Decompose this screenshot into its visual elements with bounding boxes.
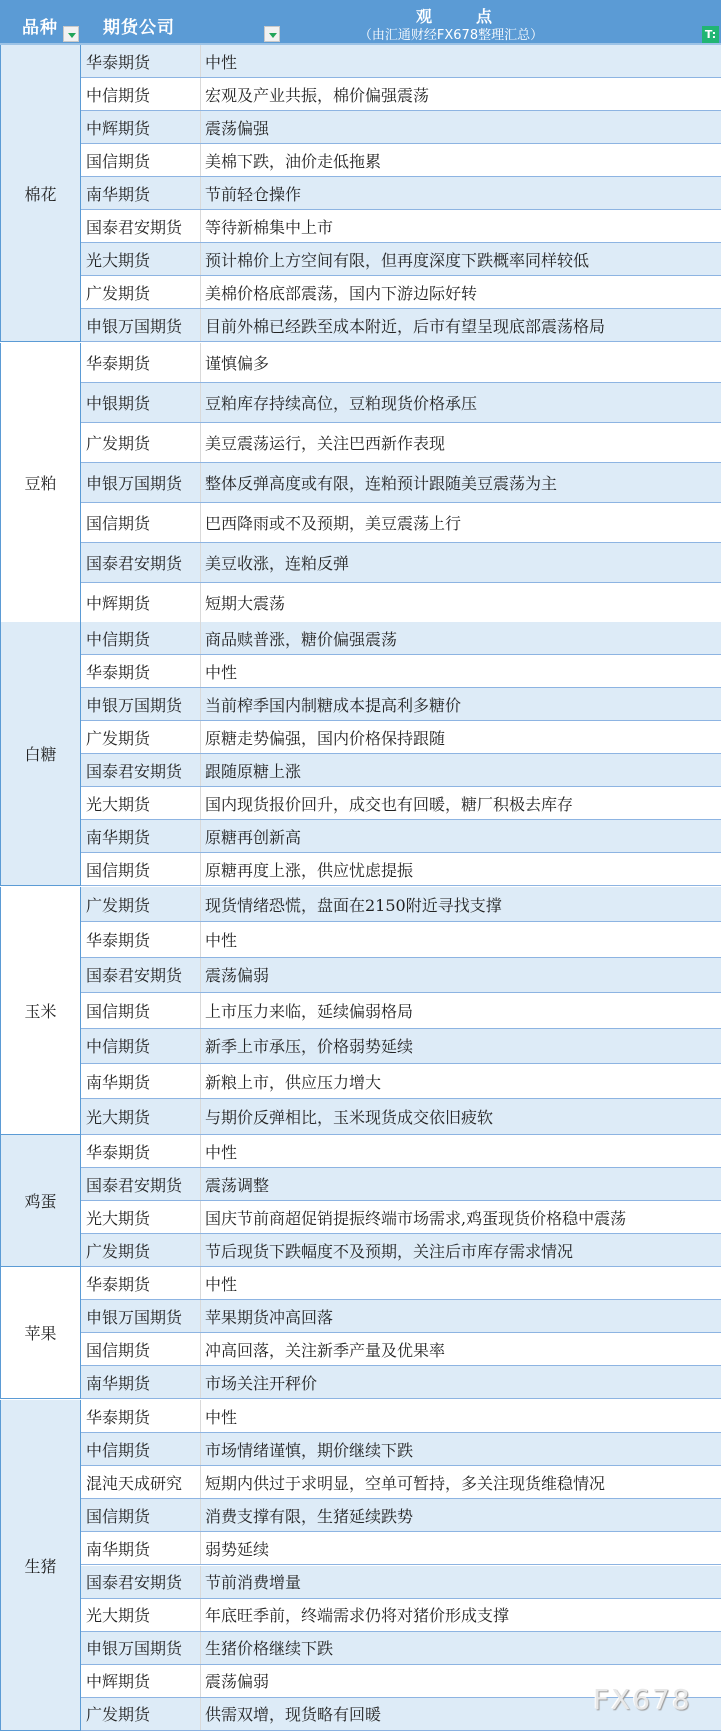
company-cell[interactable]: 中银期货 [81, 383, 201, 422]
company-cell[interactable]: 中信期货 [81, 1433, 201, 1465]
company-cell[interactable]: 华泰期货 [81, 655, 201, 687]
table-row[interactable]: 中信期货商品赎普涨，糖价偏强震荡 [81, 622, 721, 655]
company-cell[interactable]: 广发期货 [81, 1698, 201, 1730]
company-cell[interactable]: 中信期货 [81, 1029, 201, 1063]
table-row[interactable]: 广发期货节后现货下跌幅度不及预期，关注后市库存需求情况 [81, 1234, 721, 1267]
company-cell[interactable]: 光大期货 [81, 787, 201, 819]
opinion-cell[interactable]: 中性 [201, 655, 721, 687]
opinion-cell[interactable]: 美棉下跌，油价走低拖累 [201, 144, 721, 176]
table-row[interactable]: 国泰君安期货节前消费增量 [81, 1566, 721, 1599]
opinion-cell[interactable]: 市场情绪谨慎，期价继续下跌 [201, 1433, 721, 1465]
table-row[interactable]: 混沌天成研究短期内供过于求明显，空单可暂持，多关注现货维稳情况 [81, 1466, 721, 1499]
opinion-cell[interactable]: 宏观及产业共振，棉价偏强震荡 [201, 78, 721, 110]
company-cell[interactable]: 申银万国期货 [81, 309, 201, 341]
category-filter-dropdown-icon[interactable] [63, 26, 79, 42]
company-cell[interactable]: 光大期货 [81, 1099, 201, 1133]
opinion-cell[interactable]: 目前外棉已经跌至成本附近，后市有望呈现底部震荡格局 [201, 309, 721, 341]
opinion-cell[interactable]: 新季上市承压，价格弱势延续 [201, 1029, 721, 1063]
opinion-cell[interactable]: 节后现货下跌幅度不及预期，关注后市库存需求情况 [201, 1234, 721, 1266]
company-cell[interactable]: 中辉期货 [81, 1665, 201, 1697]
opinion-cell[interactable]: 新粮上市，供应压力增大 [201, 1064, 721, 1098]
category-cell[interactable]: 苹果 [0, 1267, 81, 1399]
table-row[interactable]: 中信期货新季上市承压，价格弱势延续 [81, 1029, 721, 1064]
table-row[interactable]: 国信期货美棉下跌，油价走低拖累 [81, 144, 721, 177]
table-row[interactable]: 华泰期货中性 [81, 1400, 721, 1433]
table-row[interactable]: 国信期货原糖再度上涨，供应忧虑提振 [81, 853, 721, 886]
category-group: 生猪华泰期货中性中信期货市场情绪谨慎，期价继续下跌混沌天成研究短期内供过于求明显… [0, 1400, 721, 1731]
header-company: 期货公司 [81, 0, 201, 43]
opinion-cell[interactable]: 市场关注开秤价 [201, 1366, 721, 1398]
opinion-cell[interactable]: 等待新棉集中上市 [201, 210, 721, 242]
company-cell[interactable]: 国泰君安期货 [81, 1566, 201, 1598]
company-cell[interactable]: 广发期货 [81, 887, 201, 921]
company-cell[interactable]: 华泰期货 [81, 1267, 201, 1299]
table-row[interactable]: 申银万国期货整体反弹高度或有限，连粕预计跟随美豆震荡为主 [81, 463, 721, 503]
table-row[interactable]: 南华期货新粮上市，供应压力增大 [81, 1064, 721, 1099]
opinion-cell[interactable]: 豆粕库存持续高位，豆粕现货价格承压 [201, 383, 721, 422]
company-cell[interactable]: 广发期货 [81, 1234, 201, 1266]
table-row[interactable]: 广发期货美豆震荡运行，关注巴西新作表现 [81, 423, 721, 463]
watermark-logo: FX678 [593, 1683, 692, 1716]
category-group: 鸡蛋华泰期货中性国泰君安期货震荡调整光大期货国庆节前商超促销提振终端市场需求,鸡… [0, 1135, 721, 1267]
opinion-cell[interactable]: 原糖再创新高 [201, 820, 721, 852]
category-cell[interactable]: 棉花 [0, 45, 81, 342]
company-cell[interactable]: 广发期货 [81, 721, 201, 753]
table-row[interactable]: 申银万国期货生猪价格继续下跌 [81, 1632, 721, 1665]
company-cell[interactable]: 国泰君安期货 [81, 543, 201, 582]
opinion-cell[interactable]: 消费支撑有限，生猪延续跌势 [201, 1499, 721, 1531]
company-cell[interactable]: 申银万国期货 [81, 1300, 201, 1332]
opinion-cell[interactable]: 当前榨季国内制糖成本提高利多糖价 [201, 688, 721, 720]
table-row[interactable]: 华泰期货谨慎偏多 [81, 343, 721, 383]
company-cell[interactable]: 中信期货 [81, 622, 201, 654]
opinion-cell[interactable]: 谨慎偏多 [201, 343, 721, 382]
company-cell[interactable]: 华泰期货 [81, 343, 201, 382]
opinion-cell[interactable]: 中性 [201, 1400, 721, 1432]
table-row[interactable]: 国泰君安期货等待新棉集中上市 [81, 210, 721, 243]
opinion-cell[interactable]: 商品赎普涨，糖价偏强震荡 [201, 622, 721, 654]
company-cell[interactable]: 国信期货 [81, 993, 201, 1027]
category-group: 豆粕华泰期货谨慎偏多中银期货豆粕库存持续高位，豆粕现货价格承压广发期货美豆震荡运… [0, 343, 721, 623]
company-cell[interactable]: 南华期货 [81, 1064, 201, 1098]
table-row[interactable]: 华泰期货中性 [81, 45, 721, 78]
table-row[interactable]: 南华期货弱势延续 [81, 1532, 721, 1565]
company-cell[interactable]: 国信期货 [81, 1499, 201, 1531]
opinion-cell[interactable]: 生猪价格继续下跌 [201, 1632, 721, 1664]
opinion-cell[interactable]: 苹果期货冲高回落 [201, 1300, 721, 1332]
opinion-cell[interactable]: 国庆节前商超促销提振终端市场需求,鸡蛋现货价格稳中震荡 [201, 1201, 721, 1233]
company-cell[interactable]: 中信期货 [81, 78, 201, 110]
company-cell[interactable]: 华泰期货 [81, 45, 201, 77]
table-row[interactable]: 国泰君安期货震荡偏弱 [81, 958, 721, 993]
table-row[interactable]: 光大期货预计棉价上方空间有限，但再度深度下跌概率同样较低 [81, 243, 721, 276]
header-category-label: 品种 [22, 13, 58, 38]
table-row[interactable]: 南华期货市场关注开秤价 [81, 1366, 721, 1399]
company-cell[interactable]: 申银万国期货 [81, 463, 201, 502]
opinion-cell[interactable]: 跟随原糖上涨 [201, 754, 721, 786]
table-row[interactable]: 广发期货现货情绪恐慌，盘面在2150附近寻找支撑 [81, 887, 721, 922]
category-cell[interactable]: 鸡蛋 [0, 1135, 81, 1267]
table-row[interactable]: 中银期货豆粕库存持续高位，豆粕现货价格承压 [81, 383, 721, 423]
company-cell[interactable]: 国信期货 [81, 503, 201, 542]
company-cell[interactable]: 南华期货 [81, 1532, 201, 1564]
table-row[interactable]: 广发期货原糖走势偏强，国内价格保持跟随 [81, 721, 721, 754]
company-cell[interactable]: 申银万国期货 [81, 1632, 201, 1664]
company-cell[interactable]: 南华期货 [81, 1366, 201, 1398]
opinion-cell[interactable]: 中性 [201, 922, 721, 956]
opinion-cell[interactable]: 节前轻仓操作 [201, 177, 721, 209]
company-cell[interactable]: 国泰君安期货 [81, 958, 201, 992]
opinion-cell[interactable]: 美棉价格底部震荡，国内下游边际好转 [201, 276, 721, 308]
opinion-cell[interactable]: 上市压力来临，延续偏弱格局 [201, 993, 721, 1027]
company-cell[interactable]: 申银万国期货 [81, 688, 201, 720]
opinion-cell[interactable]: 冲高回落，关注新季产量及优果率 [201, 1333, 721, 1365]
table-row[interactable]: 南华期货节前轻仓操作 [81, 177, 721, 210]
table-row[interactable]: 华泰期货中性 [81, 655, 721, 688]
company-cell[interactable]: 中辉期货 [81, 111, 201, 143]
company-cell[interactable]: 华泰期货 [81, 1400, 201, 1432]
company-cell[interactable]: 光大期货 [81, 243, 201, 275]
header-category: 品种 [0, 0, 81, 43]
category-group: 玉米广发期货现货情绪恐慌，盘面在2150附近寻找支撑华泰期货中性国泰君安期货震荡… [0, 887, 721, 1135]
opinion-cell[interactable]: 中性 [201, 1135, 721, 1167]
category-group: 苹果华泰期货中性申银万国期货苹果期货冲高回落国信期货冲高回落，关注新季产量及优果… [0, 1267, 721, 1399]
filter-active-icon[interactable]: T: [702, 26, 719, 43]
opinion-cell[interactable]: 整体反弹高度或有限，连粕预计跟随美豆震荡为主 [201, 463, 721, 502]
table-row[interactable]: 申银万国期货当前榨季国内制糖成本提高利多糖价 [81, 688, 721, 721]
company-cell[interactable]: 广发期货 [81, 276, 201, 308]
opinion-cell[interactable]: 震荡偏弱 [201, 958, 721, 992]
opinion-cell[interactable]: 短期大震荡 [201, 583, 721, 622]
opinion-cell[interactable]: 美豆震荡运行，关注巴西新作表现 [201, 423, 721, 462]
table-row[interactable]: 国信期货上市压力来临，延续偏弱格局 [81, 993, 721, 1028]
table-row[interactable]: 中信期货市场情绪谨慎，期价继续下跌 [81, 1433, 721, 1466]
table-row[interactable]: 广发期货美棉价格底部震荡，国内下游边际好转 [81, 276, 721, 309]
header-opinion-subtitle: （由汇通财经FX678整理汇总） [201, 24, 701, 43]
company-cell[interactable]: 华泰期货 [81, 1135, 201, 1167]
opinion-cell[interactable]: 巴西降雨或不及预期，美豆震荡上行 [201, 503, 721, 542]
table-row[interactable]: 光大期货国庆节前商超促销提振终端市场需求,鸡蛋现货价格稳中震荡 [81, 1201, 721, 1234]
company-cell[interactable]: 光大期货 [81, 1201, 201, 1233]
opinion-cell[interactable]: 弱势延续 [201, 1532, 721, 1564]
category-group: 棉花华泰期货中性中信期货宏观及产业共振，棉价偏强震荡中辉期货震荡偏强国信期货美棉… [0, 45, 721, 342]
opinion-cell[interactable]: 现货情绪恐慌，盘面在2150附近寻找支撑 [201, 887, 721, 921]
company-cell[interactable]: 中辉期货 [81, 583, 201, 622]
company-cell[interactable]: 广发期货 [81, 423, 201, 462]
table-row[interactable]: 中信期货宏观及产业共振，棉价偏强震荡 [81, 78, 721, 111]
table-row[interactable]: 华泰期货中性 [81, 1267, 721, 1300]
opinion-cell[interactable]: 美豆收涨，连粕反弹 [201, 543, 721, 582]
opinion-cell[interactable]: 国内现货报价回升，成交也有回暖，糖厂积极去库存 [201, 787, 721, 819]
category-group: 白糖中信期货商品赎普涨，糖价偏强震荡华泰期货中性申银万国期货当前榨季国内制糖成本… [0, 622, 721, 886]
category-cell[interactable]: 白糖 [0, 622, 81, 886]
company-cell[interactable]: 南华期货 [81, 177, 201, 209]
company-cell[interactable]: 华泰期货 [81, 922, 201, 956]
company-cell[interactable]: 国信期货 [81, 144, 201, 176]
table-row[interactable]: 中辉期货短期大震荡 [81, 583, 721, 623]
company-cell[interactable]: 混沌天成研究 [81, 1466, 201, 1498]
table-row[interactable]: 申银万国期货目前外棉已经跌至成本附近，后市有望呈现底部震荡格局 [81, 309, 721, 342]
opinion-cell[interactable]: 预计棉价上方空间有限，但再度深度下跌概率同样较低 [201, 243, 721, 275]
opinion-cell[interactable]: 震荡调整 [201, 1168, 721, 1200]
company-cell[interactable]: 国泰君安期货 [81, 754, 201, 786]
table-row[interactable]: 光大期货国内现货报价回升，成交也有回暖，糖厂积极去库存 [81, 787, 721, 820]
table-header: 品种 期货公司 观 点 （由汇通财经FX678整理汇总） T: [0, 0, 721, 45]
table-row[interactable]: 国信期货冲高回落，关注新季产量及优果率 [81, 1333, 721, 1366]
header-opinion: 观 点 （由汇通财经FX678整理汇总） T: [201, 0, 721, 43]
company-cell[interactable]: 光大期货 [81, 1599, 201, 1631]
company-cell[interactable]: 国信期货 [81, 1333, 201, 1365]
table-row[interactable]: 南华期货原糖再创新高 [81, 820, 721, 853]
table-row[interactable]: 华泰期货中性 [81, 922, 721, 957]
opinion-cell[interactable]: 年底旺季前，终端需求仍将对猪价形成支撑 [201, 1599, 721, 1631]
table-row[interactable]: 国泰君安期货跟随原糖上涨 [81, 754, 721, 787]
header-company-label: 期货公司 [103, 13, 175, 38]
category-cell[interactable]: 玉米 [0, 887, 81, 1135]
category-cell[interactable]: 生猪 [0, 1400, 81, 1731]
opinion-cell[interactable]: 节前消费增量 [201, 1566, 721, 1598]
company-cell[interactable]: 南华期货 [81, 820, 201, 852]
opinion-cell[interactable]: 原糖走势偏强，国内价格保持跟随 [201, 721, 721, 753]
opinion-cell[interactable]: 中性 [201, 1267, 721, 1299]
opinion-cell[interactable]: 与期价反弹相比，玉米现货成交依旧疲软 [201, 1099, 721, 1133]
table-row[interactable]: 国泰君安期货震荡调整 [81, 1168, 721, 1201]
opinion-cell[interactable]: 短期内供过于求明显，空单可暂持，多关注现货维稳情况 [201, 1466, 721, 1498]
opinion-cell[interactable]: 中性 [201, 45, 721, 77]
table-row[interactable]: 国信期货巴西降雨或不及预期，美豆震荡上行 [81, 503, 721, 543]
opinion-cell[interactable]: 震荡偏强 [201, 111, 721, 143]
table-row[interactable]: 光大期货年底旺季前，终端需求仍将对猪价形成支撑 [81, 1599, 721, 1632]
table-row[interactable]: 国泰君安期货美豆收涨，连粕反弹 [81, 543, 721, 583]
category-cell[interactable]: 豆粕 [0, 343, 81, 623]
table-row[interactable]: 国信期货消费支撑有限，生猪延续跌势 [81, 1499, 721, 1532]
opinion-cell[interactable]: 原糖再度上涨，供应忧虑提振 [201, 853, 721, 885]
company-cell[interactable]: 国信期货 [81, 853, 201, 885]
company-cell[interactable]: 国泰君安期货 [81, 210, 201, 242]
company-cell[interactable]: 国泰君安期货 [81, 1168, 201, 1200]
table-row[interactable]: 中辉期货震荡偏强 [81, 111, 721, 144]
table-row[interactable]: 申银万国期货苹果期货冲高回落 [81, 1300, 721, 1333]
table-row[interactable]: 华泰期货中性 [81, 1135, 721, 1168]
table-row[interactable]: 光大期货与期价反弹相比，玉米现货成交依旧疲软 [81, 1099, 721, 1134]
